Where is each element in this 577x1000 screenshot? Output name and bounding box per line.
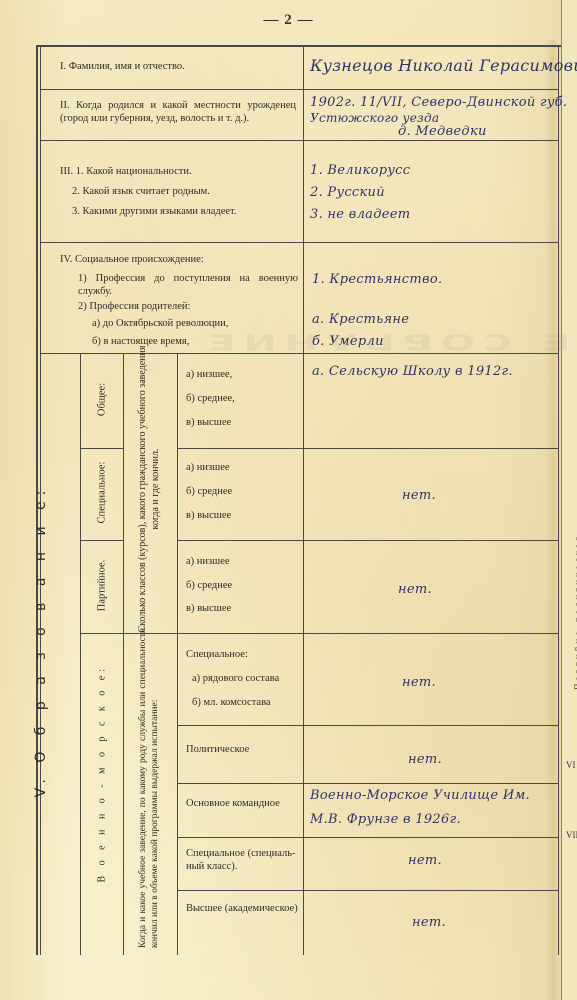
general-education-answer: а. Сельскую Школу в 1912г. <box>312 364 513 379</box>
row-divider-4 <box>40 353 558 354</box>
military-special-answer: нет. <box>402 675 436 690</box>
civil-category-general: Общее: <box>97 350 108 450</box>
section-4-q2a: а) до Октябрьской революции, <box>92 317 228 330</box>
military-instruction: Когда и какое учебное заведение, по како… <box>137 628 161 948</box>
subrow-divider-5 <box>177 783 558 784</box>
section-4-answer-1: 1. Крестьянство. <box>312 272 442 287</box>
general-level-a: а) низшее, <box>186 368 232 381</box>
military-higher-answer: нет. <box>412 915 446 930</box>
section-1-answer: Кузнецов Николай Герасимович. <box>310 56 577 75</box>
section-5-col-divider-3 <box>177 353 178 955</box>
section-5-title: V. О б р а з о в а н и е: <box>33 356 49 926</box>
military-special-class-label: Специальное (специаль-ный класс). <box>186 847 298 873</box>
special-level-b: б) среднее <box>186 485 232 498</box>
subrow-divider-7 <box>177 890 558 891</box>
section-3-item-3-label: 3. Какими другими языками владеет. <box>72 205 236 218</box>
military-command-answer-line-2: М.В. Фрунзе в 1926г. <box>310 812 461 827</box>
section-4-answer-2b: б. Умерли <box>312 334 384 349</box>
military-command-label: Основное командное <box>186 797 280 810</box>
section-4-answer-2a: а. Крестьяне <box>312 312 409 327</box>
section-2-label: II. Когда родился и какой местности урож… <box>60 99 296 125</box>
row-divider-3 <box>40 242 558 243</box>
party-level-b: б) среднее <box>186 579 232 592</box>
military-political-label: Политическое <box>186 743 249 756</box>
section-3-item-1-answer: 1. Великорусс <box>310 163 410 178</box>
special-education-answer: нет. <box>402 488 436 503</box>
section-5-col-divider-2 <box>123 353 124 955</box>
section-4-q1: 1) Профессия до поступления на военную с… <box>78 272 298 298</box>
special-level-a: а) низшее <box>186 461 230 474</box>
row-divider-2 <box>40 140 558 141</box>
section-3-item-2-answer: 2. Русский <box>310 185 385 200</box>
military-group-label: В о е н н о - м о р с к о е: <box>97 703 108 883</box>
special-level-c: в) высшее <box>186 509 231 522</box>
military-special-class-answer: нет. <box>408 853 442 868</box>
section-4-title: IV. Социальное происхождение: <box>60 253 204 266</box>
general-level-c: в) высшее <box>186 416 231 429</box>
civil-category-party: Партийное. <box>97 536 108 636</box>
military-higher-label: Высшее (академическое) <box>186 902 298 915</box>
section-1-label: I. Фамилия, имя и отчество. <box>60 60 185 73</box>
party-education-answer: нет. <box>398 582 432 597</box>
subrow-divider-1 <box>177 448 558 449</box>
subrow-divider-3 <box>177 633 558 634</box>
table-right-border <box>558 46 559 955</box>
section-2-answer-line-3: д. Медведки <box>398 124 487 139</box>
section-2-answer-line-1: 1902г. 11/VII, Северо-Двинской губ. <box>310 95 567 110</box>
page-number: — 2 — <box>0 12 577 29</box>
military-special-label: Специальное: <box>186 648 248 661</box>
subrow-divider-2 <box>177 540 558 541</box>
section-3-item-3-answer: 3. не владеет <box>310 207 410 222</box>
party-level-c: в) высшее <box>186 602 231 615</box>
subrow-divider-6 <box>177 837 558 838</box>
section-4-q2: 2) Профессия родителей: <box>78 300 190 313</box>
section-3-item-2-label: 2. Какой язык считает родным. <box>72 185 210 198</box>
section-5-col-divider-1 <box>80 353 81 955</box>
military-political-answer: нет. <box>408 752 442 767</box>
civil-instruction: Сколько классов (курсов), какого граждан… <box>136 344 162 634</box>
margin-mark-vii: VII <box>566 830 577 840</box>
military-special-sub-a: а) рядового состава <box>192 672 279 685</box>
section-2-answer-line-2: Устюжского уезда <box>310 111 439 125</box>
table-top-border <box>38 45 561 47</box>
general-level-b: б) среднее, <box>186 392 235 405</box>
military-special-sub-b: б) мл. комсостава <box>192 696 271 709</box>
watermark-stamp: ПОЛНОЕ СОБРАНИЕ <box>200 328 577 353</box>
column-divider <box>303 46 304 955</box>
subrow-divider-4 <box>177 725 558 726</box>
adjacent-page-strip <box>561 0 577 1000</box>
margin-mark-vi: VI <box>566 760 576 770</box>
military-command-answer-line-1: Военно-Морское Училище Им. <box>310 788 530 803</box>
margin-vertical-label: Партийно-политическая <box>572 534 577 690</box>
party-level-a: а) низшее <box>186 555 230 568</box>
section-3-item-1-label: III. 1. Какой национальности. <box>60 165 192 178</box>
civil-military-divider <box>80 633 177 634</box>
civil-category-special: Специальное: <box>97 443 108 543</box>
row-divider-1 <box>40 89 558 90</box>
